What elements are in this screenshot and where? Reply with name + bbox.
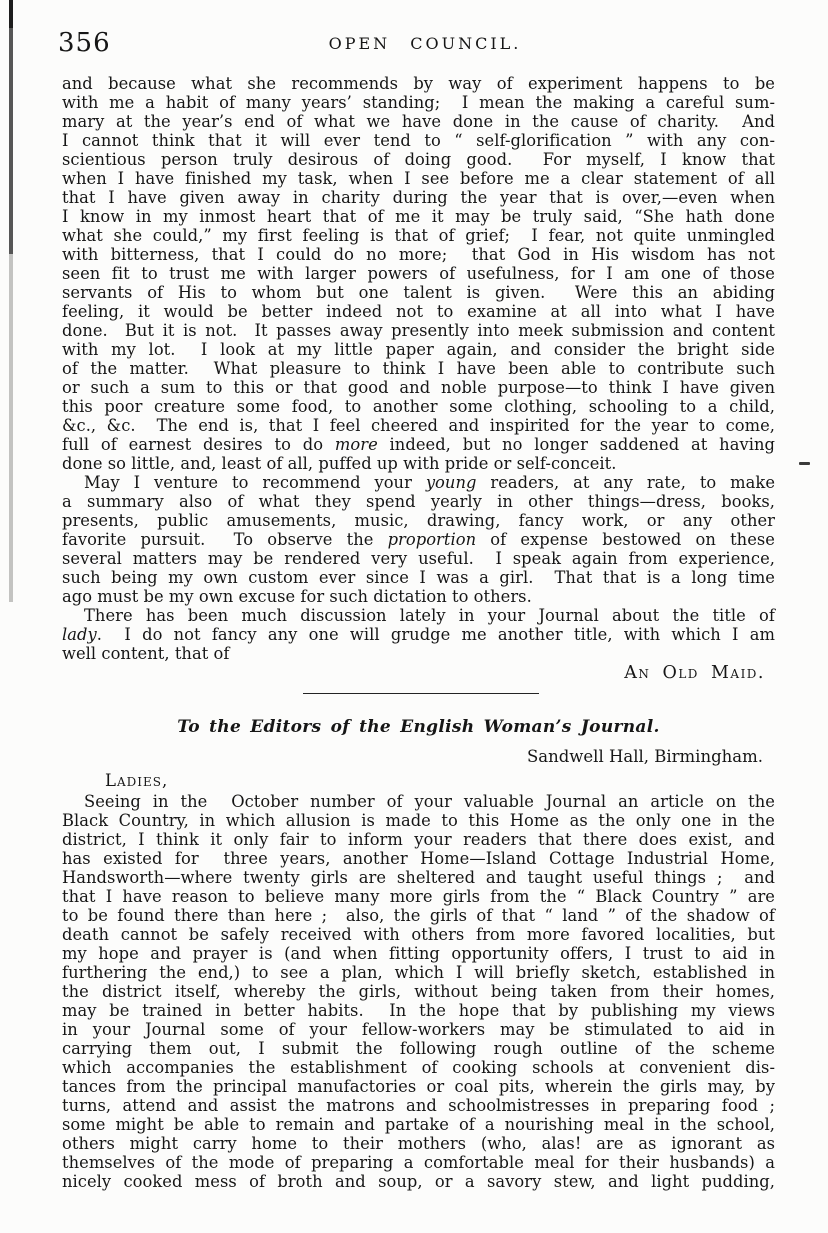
text-line: has existed for three years, another Hom…	[62, 849, 775, 868]
text-line: seen fit to trust me with larger powers …	[62, 264, 775, 283]
section-divider-rule	[303, 693, 539, 694]
text-line: favorite pursuit. To observe the proport…	[62, 530, 775, 549]
text-line: to be found there than here ; also, the …	[62, 906, 775, 925]
text-line: carrying them out, I submit the followin…	[62, 1039, 775, 1058]
letter-1-body: and because what she recommends by way o…	[62, 74, 775, 663]
text-line: Seeing in the October number of your val…	[62, 792, 775, 811]
binding-line-artifact	[9, 28, 13, 254]
binding-line-artifact	[9, 0, 13, 28]
text-line: and because what she recommends by way o…	[62, 74, 775, 93]
text-line: scientious person truly desirous of doin…	[62, 150, 775, 169]
text-line: what she could,” my first feeling is tha…	[62, 226, 775, 245]
running-header: OPEN COUNCIL.	[62, 34, 788, 53]
text-line: mary at the year’s end of what we have d…	[62, 112, 775, 131]
letter-2-heading: To the Editors of the English Woman’s Jo…	[62, 717, 775, 737]
letter-2-salutation: Ladies,	[105, 771, 168, 790]
text-line: which accompanies the establishment of c…	[62, 1058, 775, 1077]
stray-mark-artifact	[799, 462, 810, 465]
paragraph: There has been much discussion lately in…	[62, 606, 775, 663]
text-line: in your Journal some of your fellow-work…	[62, 1020, 775, 1039]
letter-1-signature: An Old Maid.	[62, 663, 775, 683]
text-line: turns, attend and assist the matrons and…	[62, 1096, 775, 1115]
text-line: tances from the principal manufactories …	[62, 1077, 775, 1096]
letter-2-body: Seeing in the October number of your val…	[62, 792, 775, 1191]
text-line: Black Country, in which allusion is made…	[62, 811, 775, 830]
paragraph: May I venture to recommend your young re…	[62, 473, 775, 606]
text-line: themselves of the mode of preparing a co…	[62, 1153, 775, 1172]
text-line: nicely cooked mess of broth and soup, or…	[62, 1172, 775, 1191]
paragraph: Seeing in the October number of your val…	[62, 792, 775, 1191]
text-line: or such a sum to this or that good and n…	[62, 378, 775, 397]
text-line: May I venture to recommend your young re…	[62, 473, 775, 492]
text-line: full of earnest desires to do more indee…	[62, 435, 775, 454]
text-line: a summary also of what they spend yearly…	[62, 492, 775, 511]
text-line: that I have reason to believe many more …	[62, 887, 775, 906]
text-line: some might be able to remain and partake…	[62, 1115, 775, 1134]
text-line: feeling, it would be better indeed not t…	[62, 302, 775, 321]
letter-2-dateline: Sandwell Hall, Birmingham.	[62, 747, 775, 766]
text-line: ago must be my own excuse for such dicta…	[62, 587, 775, 606]
paragraph: and because what she recommends by way o…	[62, 74, 775, 473]
text-line: servants of His to whom but one talent i…	[62, 283, 775, 302]
text-line: done. But it is not. It passes away pres…	[62, 321, 775, 340]
text-line: I know in my inmost heart that of me it …	[62, 207, 775, 226]
text-line: presents, public amusements, music, draw…	[62, 511, 775, 530]
text-line: others might carry home to their mothers…	[62, 1134, 775, 1153]
text-line: I cannot think that it will ever tend to…	[62, 131, 775, 150]
text-line: death cannot be safely received with oth…	[62, 925, 775, 944]
text-line: of the matter. What pleasure to think I …	[62, 359, 775, 378]
text-line: with me a habit of many years’ standing;…	[62, 93, 775, 112]
text-line: furthering the end,) to see a plan, whic…	[62, 963, 775, 982]
text-line: may be trained in better habits. In the …	[62, 1001, 775, 1020]
text-line: several matters may be rendered very use…	[62, 549, 775, 568]
text-line: done so little, and, least of all, puffe…	[62, 454, 775, 473]
text-line: district, I think it only fair to inform…	[62, 830, 775, 849]
text-line: with bitterness, that I could do no more…	[62, 245, 775, 264]
scanned-journal-page: 356 OPEN COUNCIL. and because what she r…	[0, 0, 828, 1233]
binding-line-artifact	[9, 254, 13, 602]
text-line: such being my own custom ever since I wa…	[62, 568, 775, 587]
text-line: &c., &c. The end is, that I feel cheered…	[62, 416, 775, 435]
text-line: Handsworth—where twenty girls are shelte…	[62, 868, 775, 887]
text-line: There has been much discussion lately in…	[62, 606, 775, 625]
text-line: this poor creature some food, to another…	[62, 397, 775, 416]
text-line: when I have finished my task, when I see…	[62, 169, 775, 188]
text-line: with my lot. I look at my little paper a…	[62, 340, 775, 359]
dateline-text: Sandwell Hall, Birmingham.	[527, 747, 763, 766]
text-line: my hope and prayer is (and when fitting …	[62, 944, 775, 963]
text-line: lady. I do not fancy any one will grudge…	[62, 625, 775, 644]
letter-1-section: and because what she recommends by way o…	[62, 74, 775, 683]
text-line: that I have given away in charity during…	[62, 188, 775, 207]
text-line: the district itself, whereby the girls, …	[62, 982, 775, 1001]
text-line: well content, that of	[62, 644, 775, 663]
